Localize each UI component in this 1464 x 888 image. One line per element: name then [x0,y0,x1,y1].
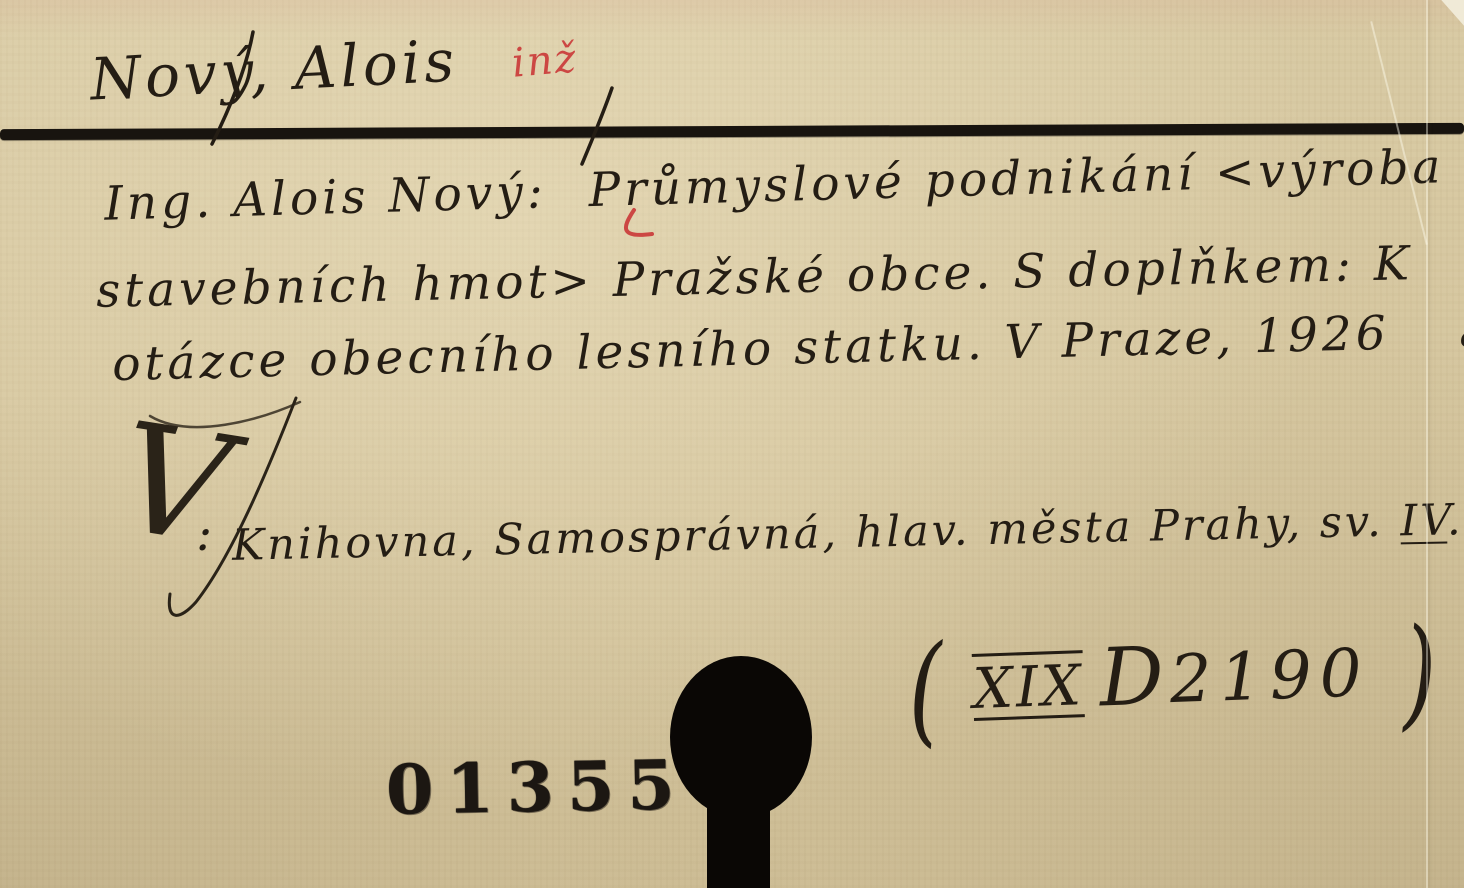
pen-flourish-strokes [0,0,1464,888]
heading-slash-stroke [212,32,253,144]
red-tick-mark [626,210,652,235]
v-flourish-tail-stroke [169,398,296,615]
library-catalog-card: Nový, Alois inž Ing. Alois Nový:Průmyslo… [0,0,1464,888]
accent-slash-stroke [582,88,612,164]
v-flourish-top-stroke [150,402,300,427]
